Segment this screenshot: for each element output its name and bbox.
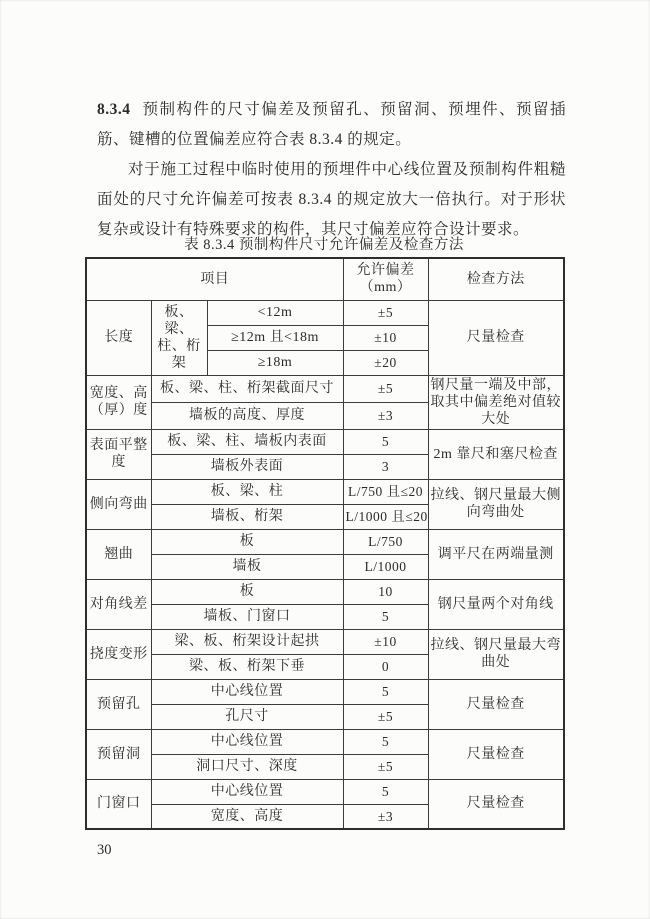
cell-method: 尺量检查 xyxy=(428,779,564,829)
cell-spec: <12m xyxy=(207,300,343,325)
table-row: 预留孔 中心线位置 5 尺量检查 xyxy=(86,679,564,704)
table-row: 长度 板、梁、柱、桁架 <12m ±5 尺量检查 xyxy=(86,300,564,325)
cell-spec: 板、梁、柱、桁架截面尺寸 xyxy=(151,375,343,402)
cell-spec: 板 xyxy=(151,579,343,604)
cell-method: 2m 靠尺和塞尺检查 xyxy=(428,429,564,479)
header-deviation: 允许偏差 （mm） xyxy=(343,258,428,300)
cell-deviation: 5 xyxy=(343,429,428,454)
cell-category: 侧向弯曲 xyxy=(86,479,151,529)
table-row: 预留洞 中心线位置 5 尺量检查 xyxy=(86,729,564,754)
clause-text: 预制构件的尺寸偏差及预留孔、预留洞、预埋件、预留插筋、键槽的位置偏差应符合表 8… xyxy=(97,101,566,148)
cell-spec: 梁、板、桁架设计起拱 xyxy=(151,629,343,654)
cell-spec: 墙板、门窗口 xyxy=(151,604,343,629)
cell-spec: 板、梁、柱、墙板内表面 xyxy=(151,429,343,454)
cell-category: 挠度变形 xyxy=(86,629,151,679)
cell-spec: 墙板、桁架 xyxy=(151,504,343,529)
cell-category: 门窗口 xyxy=(86,779,151,829)
cell-spec: ≥18m xyxy=(207,350,343,375)
cell-deviation: L/1000 且≤20 xyxy=(343,504,428,529)
table-row: 挠度变形 梁、板、桁架设计起拱 ±10 拉线、钢尺量最大弯曲处 xyxy=(86,629,564,654)
clause-paragraph: 8.3.4预制构件的尺寸偏差及预留孔、预留洞、预埋件、预留插筋、键槽的位置偏差应… xyxy=(97,95,566,155)
cell-deviation: 3 xyxy=(343,454,428,479)
cell-deviation: L/750 且≤20 xyxy=(343,479,428,504)
page-number: 30 xyxy=(97,842,112,859)
cell-category: 预留孔 xyxy=(86,679,151,729)
table-caption: 表 8.3.4 预制构件尺寸允许偏差及检查方法 xyxy=(85,233,563,254)
cell-deviation: ±5 xyxy=(343,754,428,779)
cell-deviation: 10 xyxy=(343,579,428,604)
cell-spec: 墙板外表面 xyxy=(151,454,343,479)
cell-spec: 墙板 xyxy=(151,554,343,579)
cell-category: 表面平整度 xyxy=(86,429,151,479)
table-row: 门窗口 中心线位置 5 尺量检查 xyxy=(86,779,564,804)
tolerance-table: 项目 允许偏差 （mm） 检查方法 长度 板、梁、柱、桁架 <12m ±5 尺量… xyxy=(85,257,565,830)
header-method: 检查方法 xyxy=(428,258,564,300)
cell-category: 翘曲 xyxy=(86,529,151,579)
cell-deviation: 0 xyxy=(343,654,428,679)
table-header-row: 项目 允许偏差 （mm） 检查方法 xyxy=(86,258,564,300)
cell-deviation: ±3 xyxy=(343,402,428,429)
cell-spec: 宽度、高度 xyxy=(151,804,343,829)
cell-method: 钢尺量一端及中部，取其中偏差绝对值较大处 xyxy=(428,375,564,429)
cell-spec: 中心线位置 xyxy=(151,779,343,804)
body-text: 8.3.4预制构件的尺寸偏差及预留孔、预留洞、预埋件、预留插筋、键槽的位置偏差应… xyxy=(97,95,566,245)
cell-spec: 板 xyxy=(151,529,343,554)
cell-deviation: ±20 xyxy=(343,350,428,375)
cell-deviation: ±3 xyxy=(343,804,428,829)
cell-method: 尺量检查 xyxy=(428,729,564,779)
document-page: 8.3.4预制构件的尺寸偏差及预留孔、预留洞、预埋件、预留插筋、键槽的位置偏差应… xyxy=(0,0,650,919)
cell-spec: 梁、板、桁架下垂 xyxy=(151,654,343,679)
table-row: 表面平整度 板、梁、柱、墙板内表面 5 2m 靠尺和塞尺检查 xyxy=(86,429,564,454)
cell-deviation: ±5 xyxy=(343,704,428,729)
cell-method: 调平尺在两端量测 xyxy=(428,529,564,579)
table-row: 宽度、高（厚）度 板、梁、柱、桁架截面尺寸 ±5 钢尺量一端及中部，取其中偏差绝… xyxy=(86,375,564,402)
cell-subcategory: 板、梁、柱、桁架 xyxy=(151,300,207,375)
cell-spec: 中心线位置 xyxy=(151,729,343,754)
cell-deviation: L/750 xyxy=(343,529,428,554)
cell-spec: 板、梁、柱 xyxy=(151,479,343,504)
table-row: 对角线差 板 10 钢尺量两个对角线 xyxy=(86,579,564,604)
table-row: 翘曲 板 L/750 调平尺在两端量测 xyxy=(86,529,564,554)
clause-number: 8.3.4 xyxy=(97,101,131,118)
cell-spec: 墙板的高度、厚度 xyxy=(151,402,343,429)
cell-method: 尺量检查 xyxy=(428,300,564,375)
cell-category: 对角线差 xyxy=(86,579,151,629)
cell-spec: ≥12m 且<18m xyxy=(207,325,343,350)
cell-method: 拉线、钢尺量最大侧向弯曲处 xyxy=(428,479,564,529)
header-item: 项目 xyxy=(86,258,343,300)
cell-category: 预留洞 xyxy=(86,729,151,779)
cell-deviation: ±5 xyxy=(343,300,428,325)
cell-spec: 洞口尺寸、深度 xyxy=(151,754,343,779)
cell-deviation: ±5 xyxy=(343,375,428,402)
cell-method: 尺量检查 xyxy=(428,679,564,729)
cell-category: 长度 xyxy=(86,300,151,375)
cell-deviation: 5 xyxy=(343,779,428,804)
cell-spec: 中心线位置 xyxy=(151,679,343,704)
cell-deviation: ±10 xyxy=(343,629,428,654)
cell-method: 拉线、钢尺量最大弯曲处 xyxy=(428,629,564,679)
second-paragraph: 对于施工过程中临时使用的预埋件中心线位置及预制构件粗糙面处的尺寸允许偏差可按表 … xyxy=(97,155,566,245)
table-row: 侧向弯曲 板、梁、柱 L/750 且≤20 拉线、钢尺量最大侧向弯曲处 xyxy=(86,479,564,504)
cell-spec: 孔尺寸 xyxy=(151,704,343,729)
cell-deviation: 5 xyxy=(343,679,428,704)
cell-deviation: L/1000 xyxy=(343,554,428,579)
cell-deviation: 5 xyxy=(343,729,428,754)
cell-deviation: 5 xyxy=(343,604,428,629)
cell-deviation: ±10 xyxy=(343,325,428,350)
cell-method: 钢尺量两个对角线 xyxy=(428,579,564,629)
cell-category: 宽度、高（厚）度 xyxy=(86,375,151,429)
